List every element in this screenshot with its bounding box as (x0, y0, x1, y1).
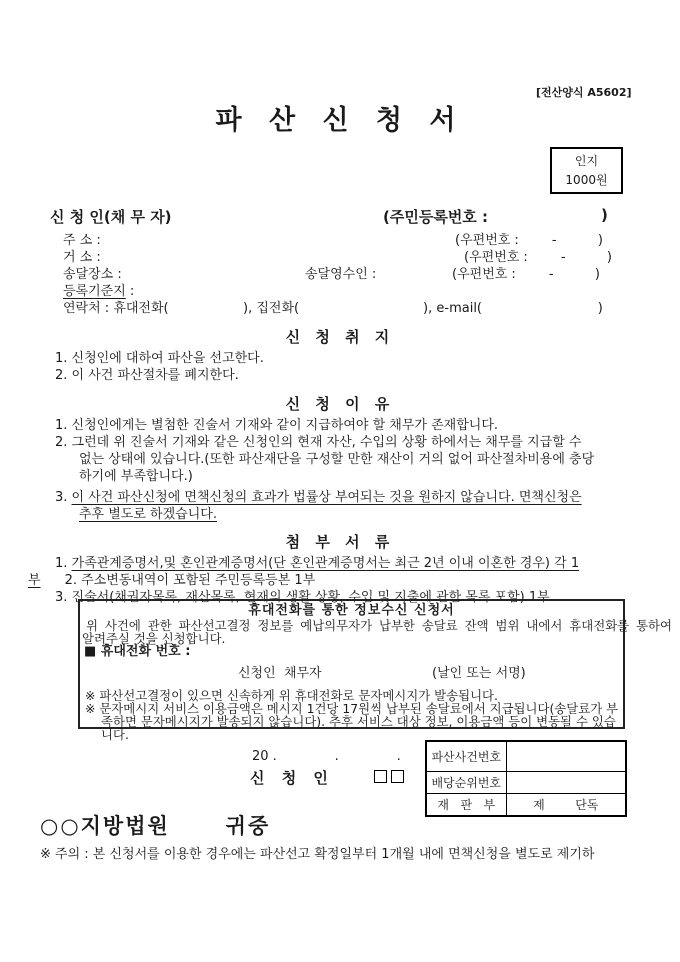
dividend-rank-label: 배당순위번호 (426, 771, 506, 793)
mobile-number-label: ■ 휴대전화 번호 : (84, 645, 190, 658)
sms-notice-title: 휴대전화를 통한 정보수신 신청서 (80, 604, 623, 617)
reason-item-3-number: 3. (55, 490, 72, 505)
case-number-value (506, 741, 626, 771)
date-line: 20 . . . (252, 749, 401, 764)
footer-caution-note: ※ 주의 : 본 신청서를 이용한 경우에는 파산선고 확정일부터 1개월 내에… (40, 843, 594, 862)
applicant-heading: 신 청 인(채 무 자) (50, 206, 172, 227)
stamp-label: 인지 (552, 152, 621, 171)
court-address-line: ○○지방법원 귀중 (40, 810, 270, 840)
judicial-panel-value: 제 단독 (506, 793, 626, 816)
reasons-heading: 신 청 이 유 (0, 393, 680, 414)
table-row: 배당순위번호 (426, 771, 626, 793)
service-receiver-label: 송달영수인 : (305, 263, 376, 282)
contact-line: 연락처 : 휴대전화( ), 집전화( ), e-mail( ) (63, 297, 603, 316)
applicant-signature-label: 신 청 인 (250, 767, 334, 788)
purpose-heading: 신 청 취 지 (0, 326, 680, 347)
purpose-item-2: 2. 이 사건 파산절차를 폐지한다. (55, 364, 239, 383)
stamp-amount: 1000원 (552, 171, 621, 190)
case-number-label: 파산사건번호 (426, 741, 506, 771)
dividend-rank-value (506, 771, 626, 793)
case-info-table: 파산사건번호 배당순위번호 재 판 부 제 단독 (425, 740, 627, 817)
seal-box-icon (374, 770, 387, 783)
attachment-item-1-continuation: 부 (28, 573, 41, 588)
rrn-label: (주민등록번호 : (383, 206, 488, 227)
page-title: 파 산 신 청 서 (0, 98, 680, 137)
attachments-heading: 첨 부 서 류 (0, 531, 680, 552)
seal-or-signature-label: (날인 또는 서명) (432, 667, 526, 680)
seal-box-icon (391, 770, 404, 783)
table-row: 재 판 부 제 단독 (426, 793, 626, 816)
reason-item-2-line-3: 하기에 부족합니다.) (79, 465, 193, 484)
sms-note-2: ※ 문자메시지 서비스 이용금액은 메시지 1건당 17원씩 납부된 송달료에서… (85, 702, 619, 741)
rrn-close-paren: ) (601, 206, 608, 224)
bankruptcy-petition-form: [전산양식 A5602] 파 산 신 청 서 인지 1000원 신 청 인(채 … (0, 0, 680, 962)
reason-item-3-line-2: 추후 별도로 하겠습니다. (79, 503, 217, 522)
service-postal-field: (우편번호 : - ) (452, 263, 600, 282)
sms-notice-box: 휴대전화를 통한 정보수신 신청서 위 사건에 관한 파산선고결정 정보를 예납… (78, 599, 625, 729)
judicial-panel-label: 재 판 부 (426, 793, 506, 816)
signer-debtor-label: 신청인 채무자 (238, 667, 322, 680)
table-row: 파산사건번호 (426, 741, 626, 771)
revenue-stamp-box: 인지 1000원 (550, 147, 623, 194)
